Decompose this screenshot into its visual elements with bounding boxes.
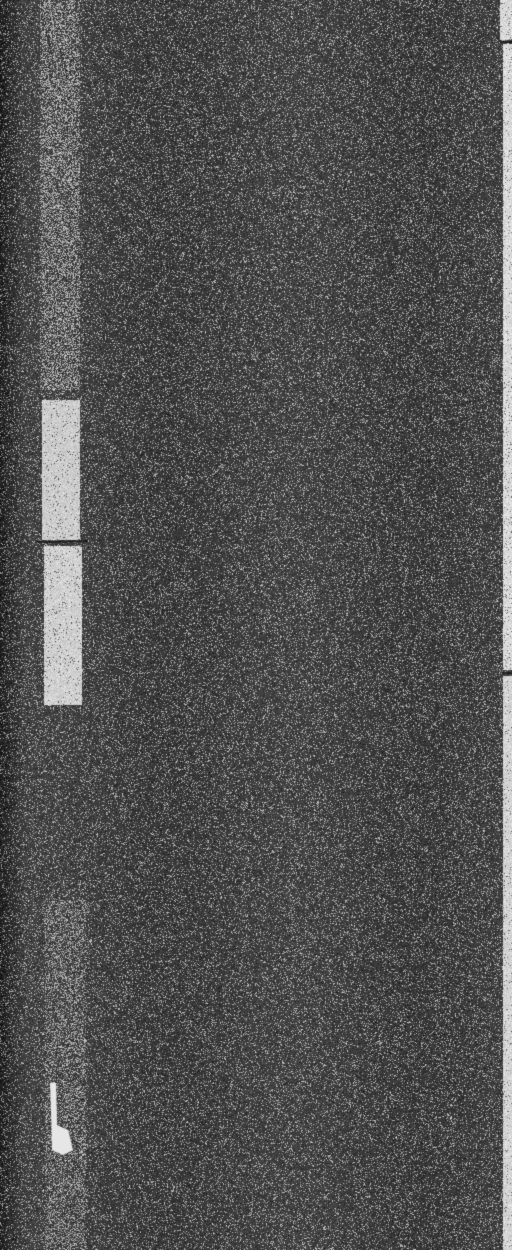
asphalt-surface: [0, 0, 512, 1250]
